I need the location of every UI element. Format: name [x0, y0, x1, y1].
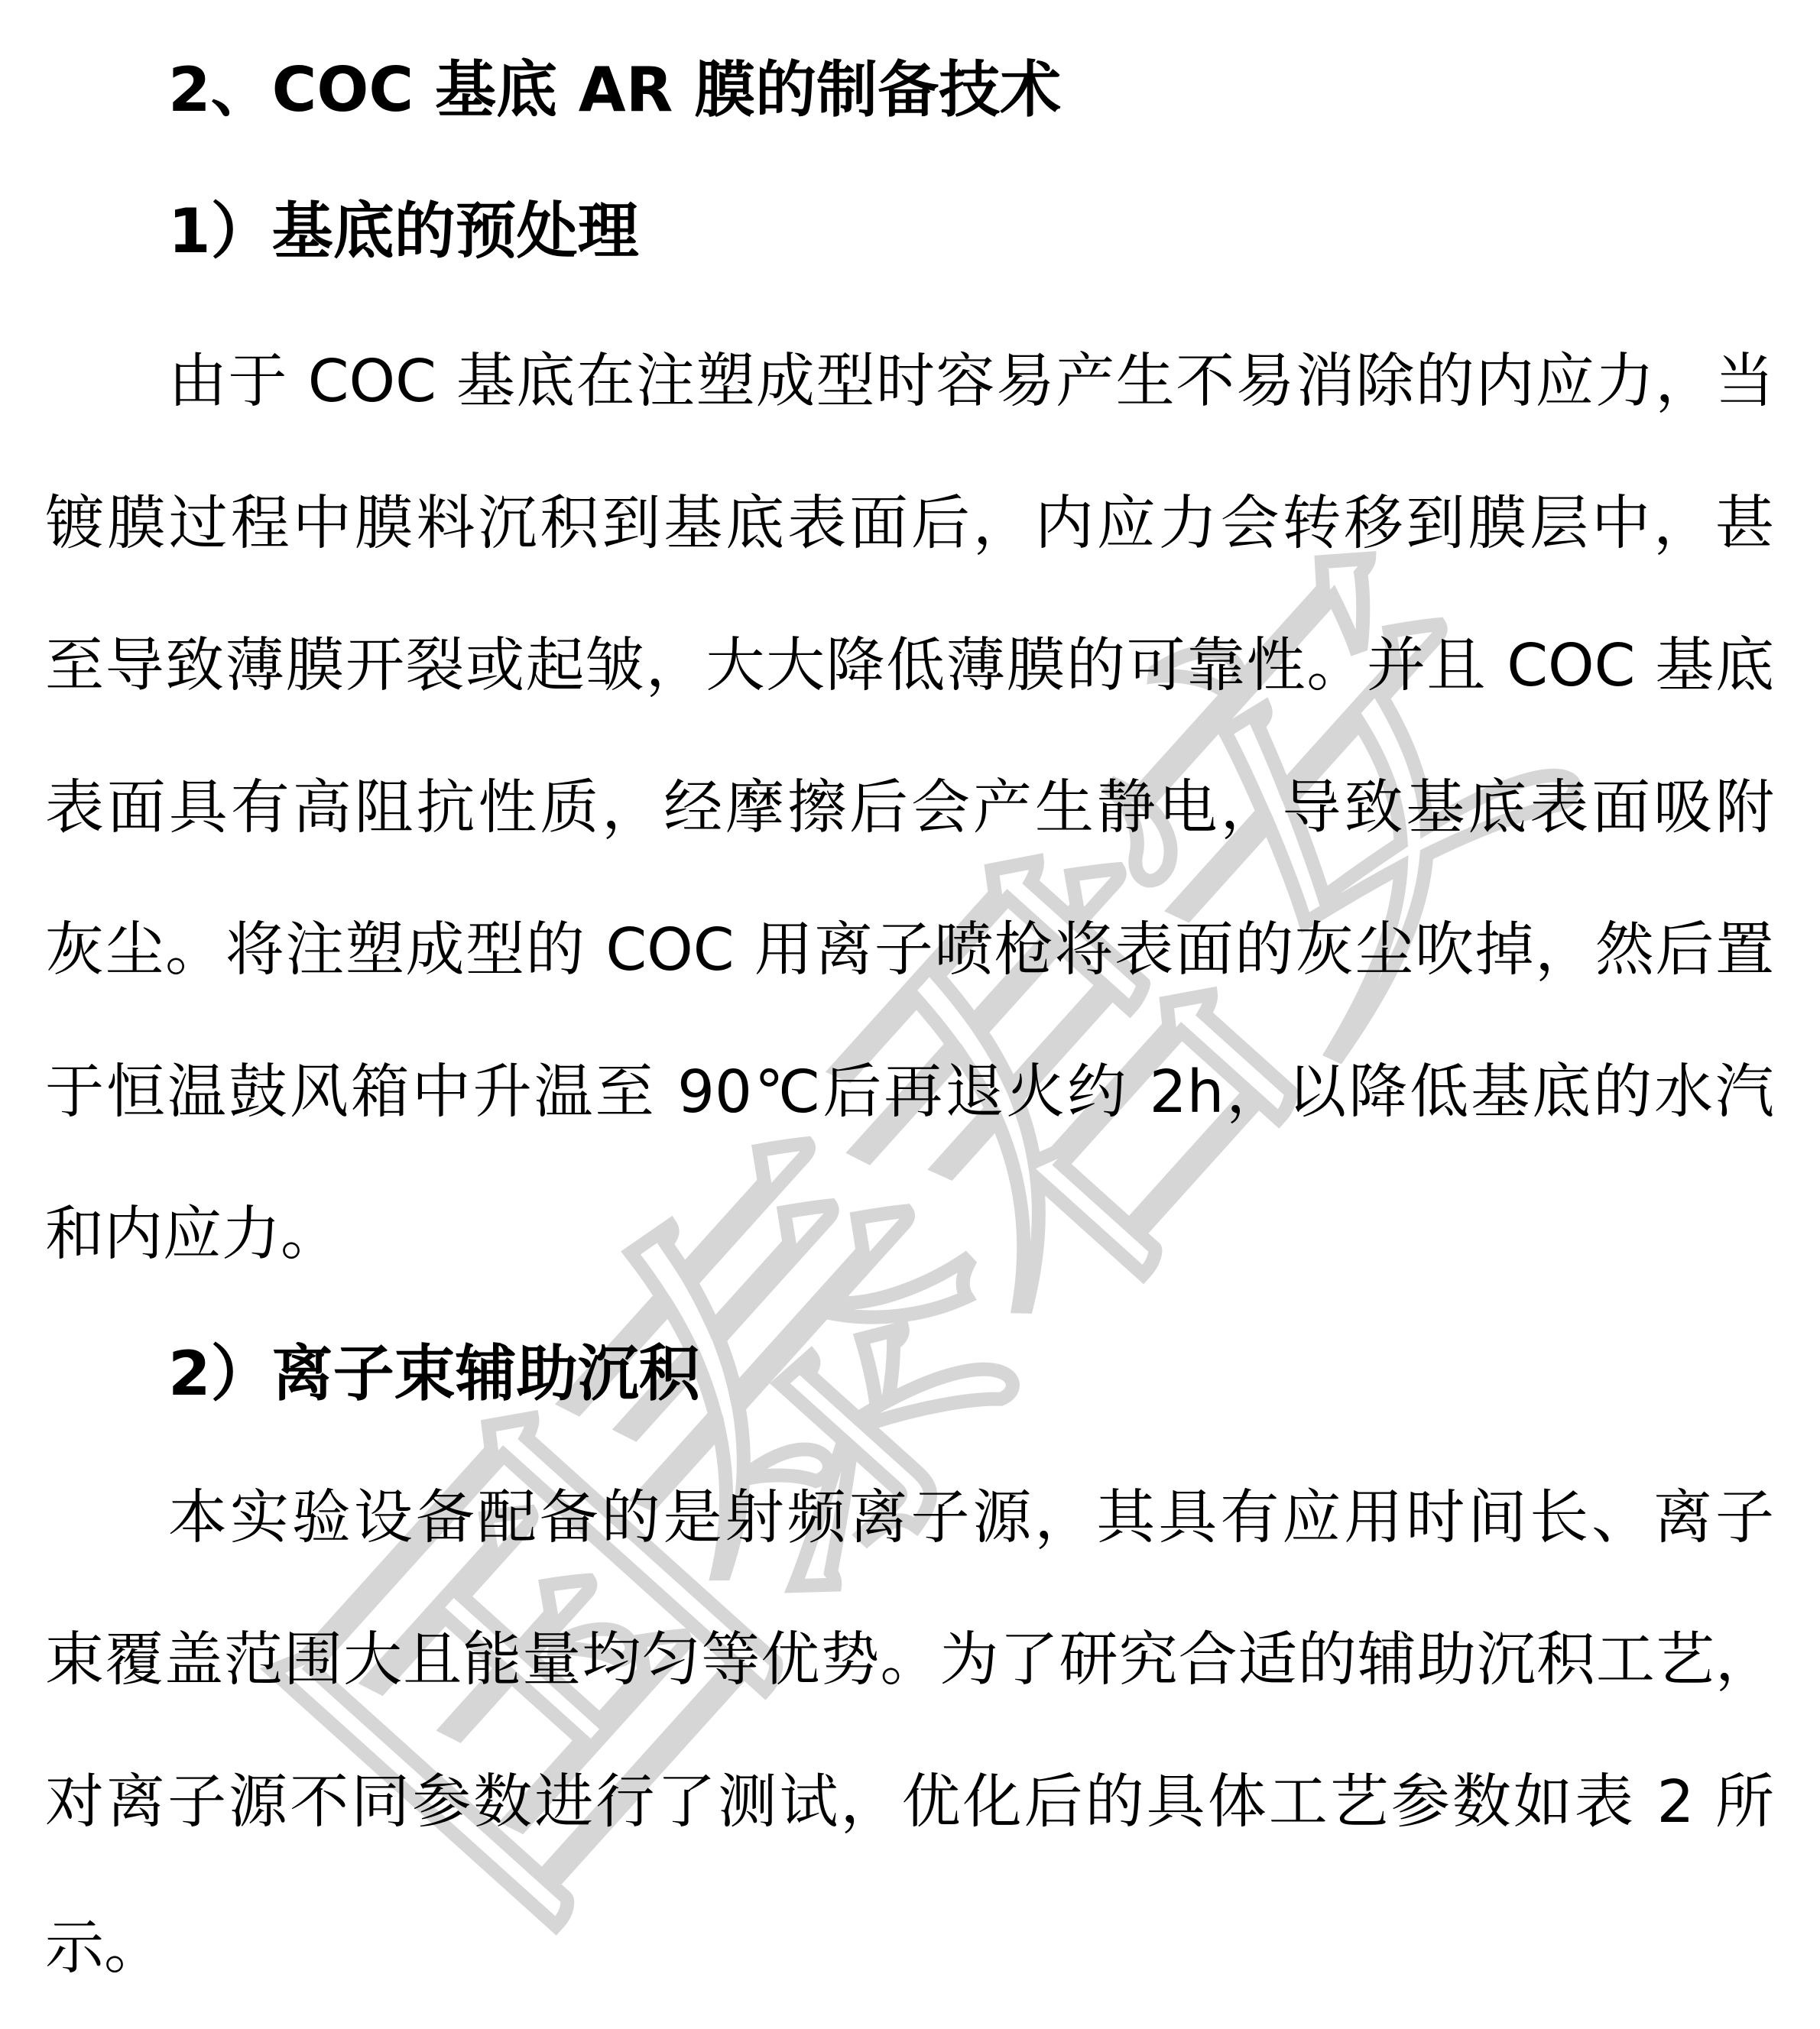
paragraph-line: 对离子源不同参数进行了测试，优化后的具体工艺参数如表 2 所 [45, 1765, 1774, 1841]
paragraph-line: 镀膜过程中膜料沉积到基底表面后，内应力会转移到膜层中，甚 [45, 486, 1774, 562]
paragraph-line: 于恒温鼓风箱中升温至 90℃后再退火约 2h，以降低基底的水汽 [45, 1055, 1774, 1131]
paragraph-line: 表面具有高阻抗性质，经摩擦后会产生静电，导致基底表面吸附 [45, 770, 1774, 847]
paragraph-line: 由于 COC 基底在注塑成型时容易产生不易消除的内应力，当 [168, 344, 1774, 420]
section-title: 2、COC 基底 AR 膜的制备技术 [168, 52, 1061, 128]
paragraph-line: 本实验设备配备的是射频离子源，其具有应用时间长、离子 [168, 1480, 1774, 1557]
watermark-text: 国泰君安 [234, 512, 1616, 1979]
paragraph-line: 束覆盖范围大且能量均匀等优势。为了研究合适的辅助沉积工艺， [45, 1622, 1774, 1699]
paragraph-line: 示。 [45, 1911, 163, 1987]
paragraph-line: 和内应力。 [45, 1197, 339, 1273]
paragraph-line: 灰尘。将注塑成型的 COC 用离子喷枪将表面的灰尘吹掉，然后置 [45, 912, 1774, 989]
subsection-heading-pretreatment: 1）基底的预处理 [168, 193, 639, 270]
subsection-heading-ion-beam: 2）离子束辅助沉积 [168, 1336, 700, 1412]
paragraph-line: 至导致薄膜开裂或起皱，大大降低薄膜的可靠性。并且 COC 基底 [45, 628, 1774, 705]
